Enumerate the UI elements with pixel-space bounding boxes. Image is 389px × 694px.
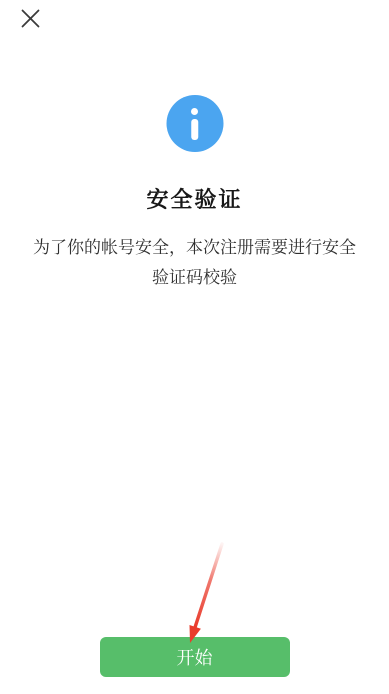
info-icon <box>166 95 223 152</box>
info-icon-stem <box>191 119 198 140</box>
info-icon-dot <box>191 108 198 115</box>
close-icon <box>21 9 40 28</box>
start-button[interactable]: 开始 <box>100 637 290 677</box>
description-text: 为了你的帐号安全，本次注册需要进行安全验证码校验 <box>27 233 363 293</box>
annotation-arrow-shaft <box>195 544 222 627</box>
security-verification-screen: 安全验证 为了你的帐号安全，本次注册需要进行安全验证码校验 开始 <box>0 0 389 694</box>
close-button[interactable] <box>14 2 46 34</box>
page-title: 安全验证 <box>0 183 389 214</box>
